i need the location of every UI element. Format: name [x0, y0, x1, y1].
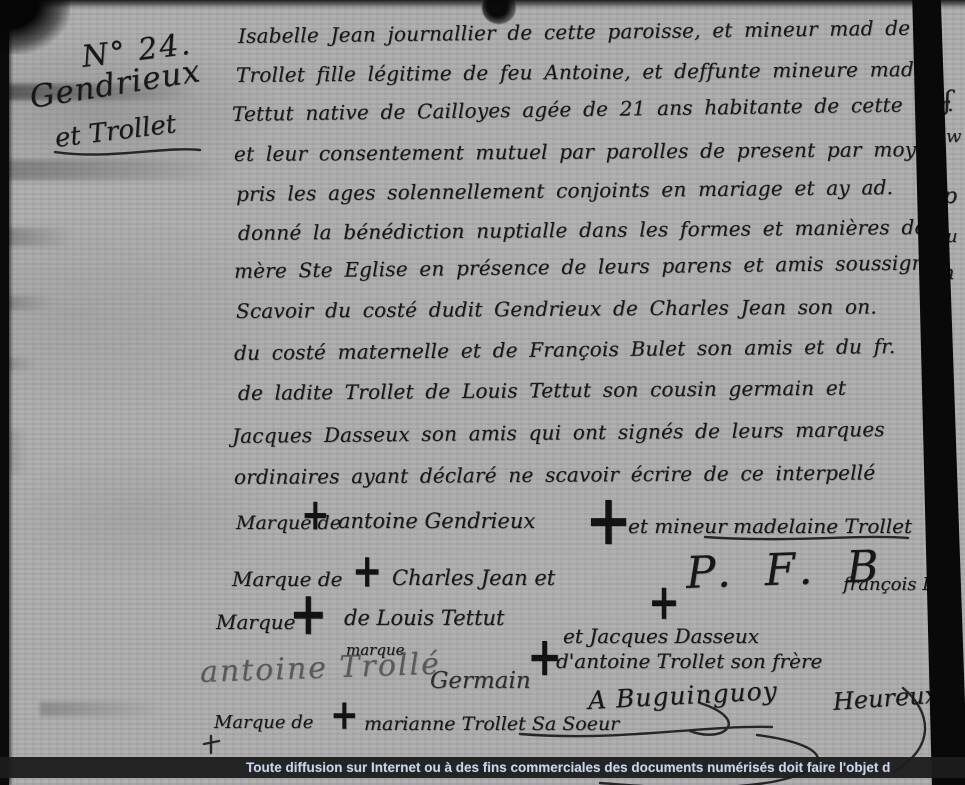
signatory-name: et mineur madelaine Trollet — [628, 514, 912, 538]
signature-cross-mark: + — [289, 583, 328, 643]
signature-cross-mark: + — [585, 485, 632, 555]
page-left-edge — [0, 0, 9, 785]
mark-label: marque — [346, 641, 404, 659]
signature-cross-mark: + — [330, 694, 359, 737]
signatory-name: de Louis Tettut — [344, 606, 504, 630]
copyright-banner: Toute diffusion sur Internet ou à des fi… — [0, 757, 965, 778]
corner-shadow — [0, 0, 70, 54]
mark-label: Marque — [216, 610, 295, 634]
small-cross-mark — [204, 736, 219, 753]
body-line: ordinaires ayant déclaré ne scavoir écri… — [234, 461, 876, 489]
signature-cross-mark: + — [301, 493, 330, 537]
signature-cross-mark: + — [352, 548, 382, 595]
signature-cross-mark: + — [527, 630, 562, 685]
signatory-name: d'antoine Trollet son frère — [556, 649, 822, 673]
scanned-register-page: N° 24. Gendrieux et Trollet Isabelle Jea… — [0, 0, 965, 785]
mark-label: Marque de — [214, 712, 313, 733]
signature-cross-mark: + — [648, 577, 680, 626]
signature: Germain — [430, 668, 531, 694]
signatory-name: marianne Trollet Sa Soeur — [364, 713, 619, 735]
page-top-edge — [0, 0, 965, 9]
next-page-text-fragment: w — [946, 126, 961, 147]
signatory-name: antoine Gendrieux — [338, 509, 535, 533]
signatory-name: Charles Jean et — [392, 566, 555, 590]
body-line: Scavoir du costé dudit Gendrieux de Char… — [236, 295, 877, 323]
copyright-banner-text: Toute diffusion sur Internet ou à des fi… — [0, 757, 965, 778]
body-line: et leur consentement mutuel par parolles… — [234, 137, 916, 166]
next-page-text-fragment: ʃ — [944, 86, 951, 116]
